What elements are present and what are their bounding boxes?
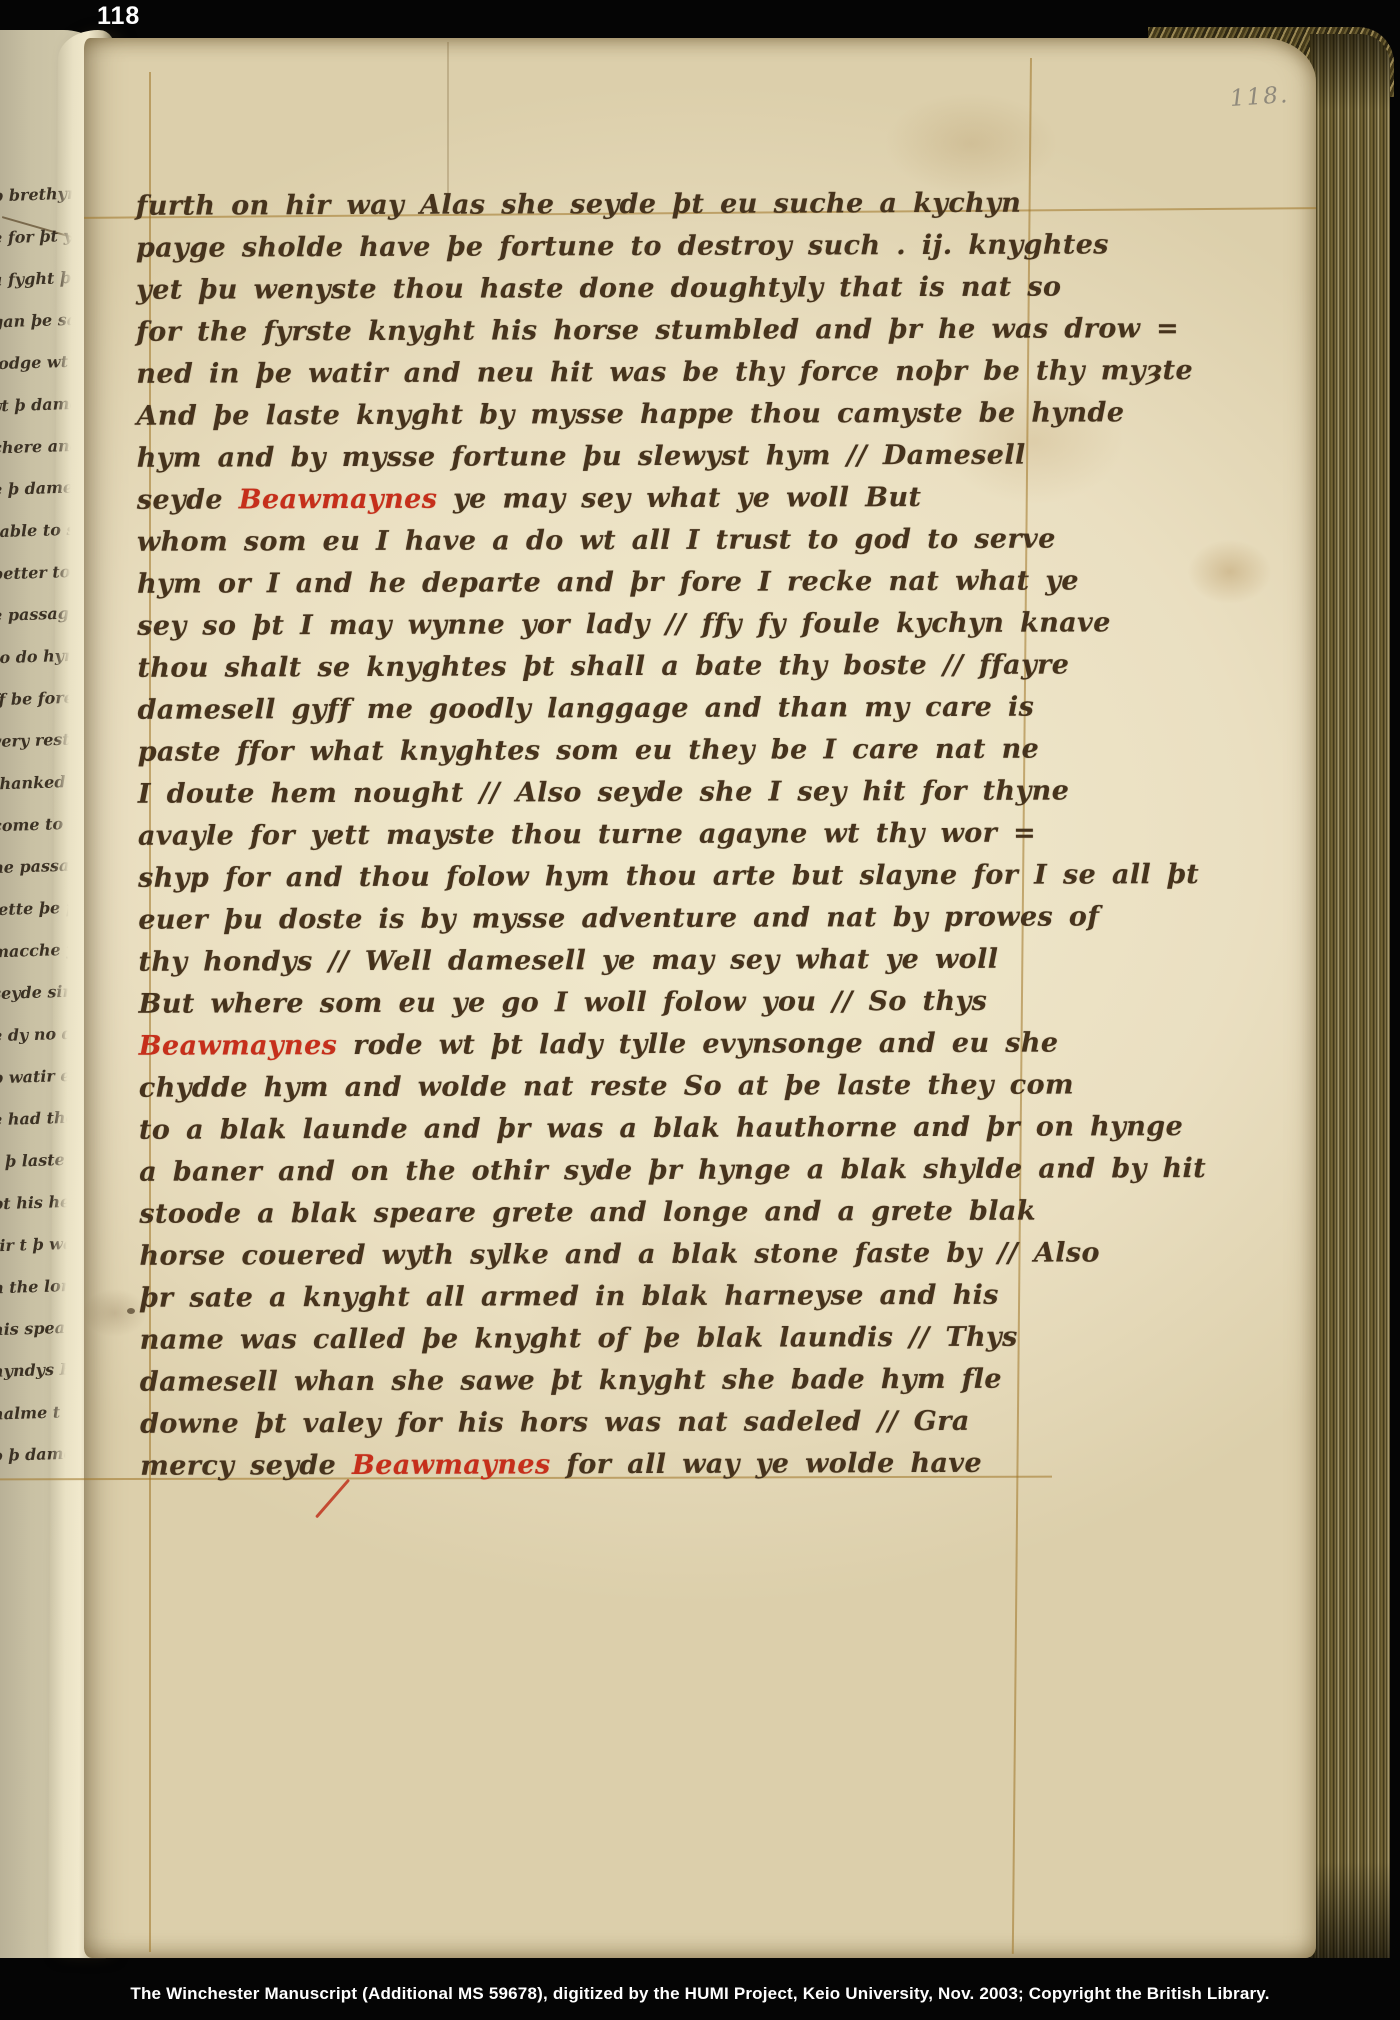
book-fore-edge-pages: [1310, 34, 1390, 1958]
manuscript-line: And þe laste knyght by mysse happe thou …: [136, 392, 1136, 437]
manuscript-line: whom som eu I have a do wt all I trust t…: [137, 518, 1137, 563]
manuscript-line: thy hondys // Well damesell ye may sey w…: [138, 938, 1138, 983]
manuscript-line: But where som eu ye go I woll folow you …: [139, 980, 1139, 1025]
manuscript-line: stoode a blak speare grete and longe and…: [139, 1190, 1139, 1235]
caption-bar: The Winchester Manuscript (Additional MS…: [0, 1984, 1400, 2004]
manuscript-line: shyp for and thou folow hym thou arte bu…: [138, 854, 1138, 899]
ink-blot: [127, 1308, 135, 1314]
rubric-word: Beawmaynes: [352, 1449, 551, 1481]
manuscript-line: chydde hym and wolde nat reste So at þe …: [139, 1064, 1139, 1109]
manuscript-line: I doute hem nought // Also seyde she I s…: [138, 770, 1138, 815]
manuscript-photo: 118 þ brethyn wagane for þt you hafe ia …: [0, 0, 1400, 2020]
manuscript-text-block: furth on hir way Alas she seyde þt eu su…: [136, 182, 1141, 1487]
manuscript-line: hym or I and he departe and þr fore I re…: [137, 560, 1137, 605]
manuscript-line: avayle for yett mayste thou turne agayne…: [138, 812, 1138, 857]
manuscript-line: ned in þe watir and neu hit was be thy f…: [136, 350, 1136, 395]
manuscript-line: a baner and on the othir syde þr hynge a…: [139, 1148, 1139, 1193]
caption-text: The Winchester Manuscript (Additional MS…: [130, 1984, 1269, 2003]
manuscript-line: damesell gyff me goodly langgage and tha…: [137, 686, 1137, 731]
manuscript-line: hym and by mysse fortune þu slewyst hym …: [137, 434, 1137, 479]
rubric-word: Beawmaynes: [139, 1030, 338, 1062]
plate-number-label: 118: [97, 2, 140, 31]
manuscript-line: yet þu wenyste thou haste done doughtyly…: [136, 266, 1136, 311]
manuscript-line: sey so þt I may wynne yor lady // ffy fy…: [137, 602, 1137, 647]
manuscript-line: Beawmaynes rode wt þt lady tylle evynson…: [139, 1022, 1139, 1067]
folio-number-pencil: 118.: [1229, 82, 1290, 112]
manuscript-line: þr sate a knyght all armed in blak harne…: [140, 1274, 1140, 1319]
manuscript-line: euer þu doste is by mysse adventure and …: [138, 896, 1138, 941]
manuscript-line: mercy seyde Beawmaynes for all way ye wo…: [140, 1442, 1140, 1487]
manuscript-line: paste ffor what knyghtes som eu they be …: [138, 728, 1138, 773]
manuscript-line: seyde Beawmaynes ye may sey what ye woll…: [137, 476, 1137, 521]
rubric-word: Beawmaynes: [239, 484, 438, 516]
manuscript-line: damesell whan she sawe þt knyght she bad…: [140, 1358, 1140, 1403]
manuscript-line: furth on hir way Alas she seyde þt eu su…: [136, 182, 1136, 227]
manuscript-line: downe þt valey for his hors was nat sade…: [140, 1400, 1140, 1445]
manuscript-line: to a blak launde and þr was a blak hauth…: [139, 1106, 1139, 1151]
manuscript-line: horse couered wyth sylke and a blak ston…: [139, 1232, 1139, 1277]
manuscript-line: thou shalt se knyghtes þt shall a bate t…: [137, 644, 1137, 689]
manuscript-line: name was called þe knyght of þe blak lau…: [140, 1316, 1140, 1361]
manuscript-line: payge sholde have þe fortune to destroy …: [136, 224, 1136, 269]
manuscript-line: for the fyrste knyght his horse stumbled…: [136, 308, 1136, 353]
